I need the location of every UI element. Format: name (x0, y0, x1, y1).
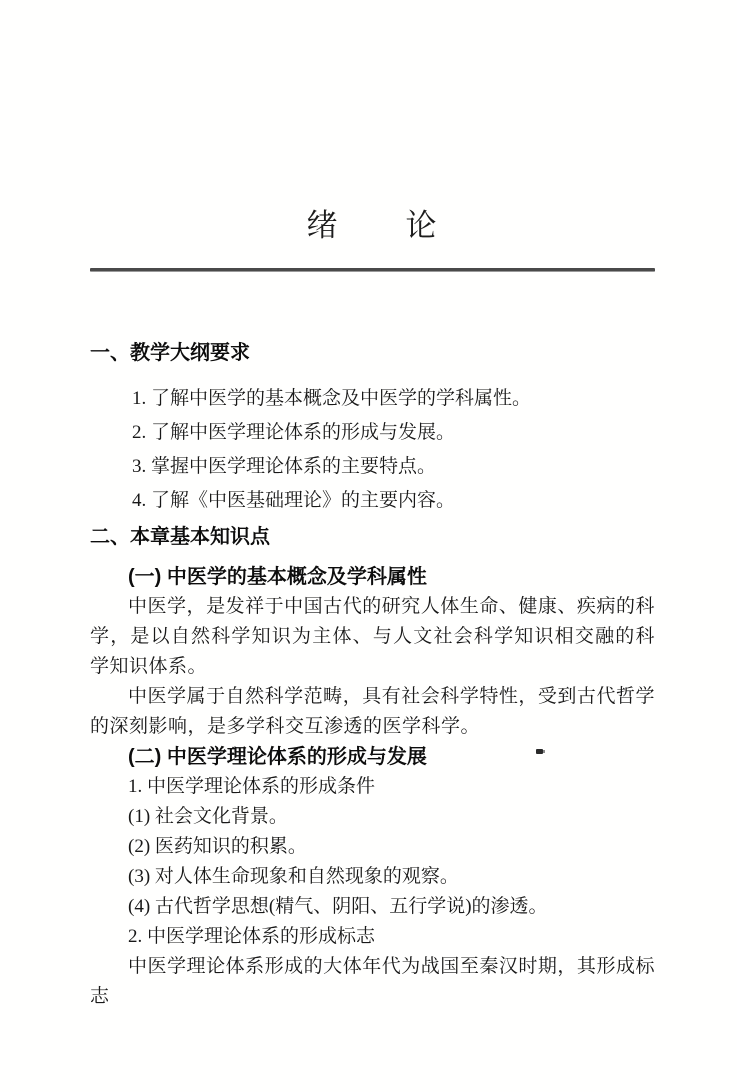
subsection-heading-theory-system: (二) 中医学理论体系的形成与发展 (90, 742, 655, 772)
outline-item: 2. 了解中医学理论体系的形成与发展。 (132, 416, 655, 450)
text-column: 绪 论 一、教学大纲要求 1. 了解中医学的基本概念及中医学的学科属性。 2. … (0, 0, 737, 1012)
body-paragraph: 中医学，是发祥于中国古代的研究人体生命、健康、疾病的科学，是以自然科学知识为主体… (90, 592, 655, 682)
outline-item: 4. 了解《中医基础理论》的主要内容。 (132, 484, 655, 518)
section-heading-teaching-outline: 一、教学大纲要求 (90, 340, 655, 366)
title-divider-rule (90, 268, 655, 272)
body-paragraph: 中医学理论体系形成的大体年代为战国至秦汉时期，其形成标志 (90, 952, 655, 1012)
section-heading-key-points: 二、本章基本知识点 (90, 524, 655, 550)
condition-item: (2) 医药知识的积累。 (128, 832, 655, 862)
outline-item: 1. 了解中医学的基本概念及中医学的学科属性。 (132, 382, 655, 416)
condition-item: (3) 对人体生命现象和自然现象的观察。 (128, 862, 655, 892)
scanned-book-page: 绪 论 一、教学大纲要求 1. 了解中医学的基本概念及中医学的学科属性。 2. … (0, 0, 737, 1092)
chapter-title: 绪 论 (90, 0, 655, 246)
numbered-point: 2. 中医学理论体系的形成标志 (90, 922, 655, 952)
outline-item: 3. 掌握中医学理论体系的主要特点。 (132, 450, 655, 484)
body-paragraph: 中医学属于自然科学范畴，具有社会科学特性，受到古代哲学的深刻影响，是多学科交互渗… (90, 682, 655, 742)
outline-requirement-list: 1. 了解中医学的基本概念及中医学的学科属性。 2. 了解中医学理论体系的形成与… (90, 382, 655, 518)
numbered-point: 1. 中医学理论体系的形成条件 (90, 772, 655, 802)
condition-list: (1) 社会文化背景。 (2) 医药知识的积累。 (3) 对人体生命现象和自然现… (90, 802, 655, 922)
subsection-heading-basic-concept: (一) 中医学的基本概念及学科属性 (90, 562, 655, 592)
condition-item: (1) 社会文化背景。 (128, 802, 655, 832)
condition-item: (4) 古代哲学思想(精气、阴阳、五行学说)的渗透。 (128, 892, 655, 922)
scan-ink-speck (536, 749, 543, 754)
